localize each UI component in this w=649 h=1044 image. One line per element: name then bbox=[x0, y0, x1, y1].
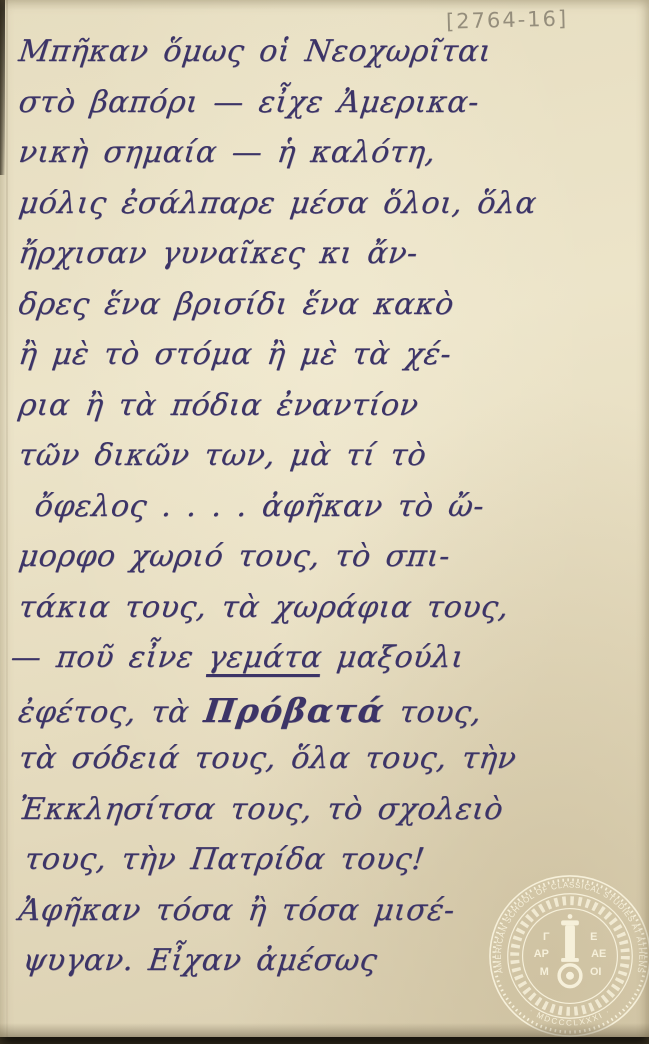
line-text-pre: ἐφέτος, τὰ bbox=[16, 695, 206, 730]
handwritten-line: τὰ σόδειά τους, ὅλα τους, τὴν bbox=[15, 741, 648, 792]
handwritten-line: τους, τὴν Πατρίδα τους! bbox=[15, 842, 648, 893]
handwritten-line: στὸ βαπόρι — εἶχε Ἀμερικα- bbox=[15, 85, 648, 136]
line-text-pre: τους, τὴν Πατρίδα τους! bbox=[23, 842, 427, 877]
line-text-pre: Ἀφῆκαν τόσα ἢ τόσα μισέ- bbox=[17, 893, 457, 928]
handwritten-line: ἢ μὲ τὸ στόμα ἢ μὲ τὰ χέ- bbox=[15, 337, 648, 388]
handwritten-line: — ποῦ εἶνε γεμάτα μαξούλι bbox=[7, 640, 648, 691]
handwritten-line: μόλις ἐσάλπαρε μέσα ὅλοι, ὅλα bbox=[15, 186, 648, 237]
line-text-pre: μορφο χωριό τους, τὸ σπι- bbox=[17, 539, 452, 574]
line-text-marked: Πρόβατά bbox=[202, 691, 387, 730]
handwritten-line: ἐφέτος, τὰ Πρόβατά τους, bbox=[15, 691, 648, 742]
line-text-pre: τὰ σόδειά τους, ὅλα τους, τὴν bbox=[17, 741, 519, 776]
line-text-pre: ρια ἢ τὰ πόδια ἐναντίον bbox=[17, 388, 421, 423]
line-text-marked: γεμάτα bbox=[206, 640, 324, 675]
handwritten-line: ψυγαν. Εἶχαν ἀμέσως bbox=[15, 943, 648, 994]
scan-edge-left bbox=[0, 0, 5, 175]
line-text-pre: — ποῦ εἶνε bbox=[9, 640, 211, 675]
line-text-pre: νικὴ σημαία — ἡ καλότη, bbox=[17, 135, 438, 170]
line-text-pre: ἤρχισαν γυναῖκες κι ἄν- bbox=[17, 236, 420, 271]
scan-edge-bottom-shadow bbox=[0, 1023, 649, 1037]
line-text-pre: Μπῆκαν ὅμως οἱ Νεοχωρῖται bbox=[17, 34, 494, 69]
line-text-pre: ἢ μὲ τὸ στόμα ἢ μὲ τὰ χέ- bbox=[17, 337, 454, 372]
manuscript-page: [2764-16] AMERICAN SCHOOL OF CLASSICAL S… bbox=[0, 0, 649, 1044]
line-text-pre: Ἐκκλησίτσα τους, τὸ σχολειὸ bbox=[17, 792, 505, 827]
handwritten-line: τάκια τους, τὰ χωράφια τους, bbox=[15, 590, 648, 641]
handwritten-line: ὄφελος . . . . ἀφῆκαν τὸ ὤ- bbox=[15, 489, 648, 540]
handwritten-line: τῶν δικῶν των, μὰ τί τὸ bbox=[15, 438, 648, 489]
handwritten-line: Μπῆκαν ὅμως οἱ Νεοχωρῖται bbox=[15, 34, 648, 85]
line-text-pre: μόλις ἐσάλπαρε μέσα ὅλοι, ὅλα bbox=[17, 186, 539, 221]
handwritten-line: ρια ἢ τὰ πόδια ἐναντίον bbox=[15, 388, 648, 439]
scan-edge-bottom bbox=[0, 1037, 649, 1044]
handwritten-line: μορφο χωριό τους, τὸ σπι- bbox=[15, 539, 648, 590]
handwriting-block: Μπῆκαν ὅμως οἱ Νεοχωρῖταιστὸ βαπόρι — εἶ… bbox=[18, 34, 645, 994]
line-text-pre: ὄφελος . . . . ἀφῆκαν τὸ ὤ- bbox=[33, 489, 486, 524]
handwritten-line: Ἐκκλησίτσα τους, τὸ σχολειὸ bbox=[15, 792, 648, 843]
handwritten-line: Ἀφῆκαν τόσα ἢ τόσα μισέ- bbox=[15, 893, 648, 944]
line-text-pre: τάκια τους, τὰ χωράφια τους, bbox=[17, 590, 511, 625]
line-text-pre: στὸ βαπόρι — εἶχε Ἀμερικα- bbox=[17, 85, 481, 120]
line-text-pre: δρες ἕνα βρισίδι ἕνα κακὸ bbox=[17, 287, 456, 322]
line-text-pre: ψυγαν. Εἶχαν ἀμέσως bbox=[21, 943, 380, 978]
catalog-number-annotation: [2764-16] bbox=[446, 6, 569, 33]
line-text-post: μαξούλι bbox=[320, 640, 466, 675]
line-text-pre: τῶν δικῶν των, μὰ τί τὸ bbox=[17, 438, 429, 473]
handwritten-line: νικὴ σημαία — ἡ καλότη, bbox=[15, 135, 648, 186]
handwritten-line: δρες ἕνα βρισίδι ἕνα κακὸ bbox=[15, 287, 648, 338]
handwritten-line: ἤρχισαν γυναῖκες κι ἄν- bbox=[15, 236, 648, 287]
paper-crease bbox=[6, 0, 8, 1044]
line-text-post: τους, bbox=[382, 695, 483, 730]
